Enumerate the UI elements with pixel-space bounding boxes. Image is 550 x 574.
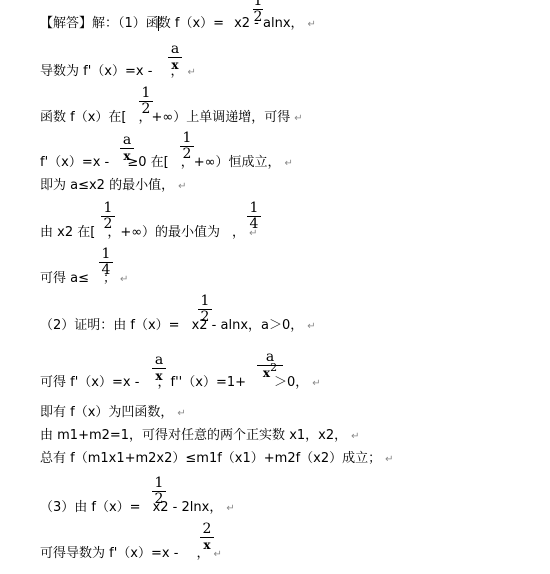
line-text: 由 x2 在[ [40, 225, 95, 240]
paragraph-mark-icon: ↵ [177, 408, 185, 419]
paragraph-mark-icon: ↵ [188, 67, 196, 78]
paragraph-mark-icon: ↵ [351, 431, 359, 442]
paragraph-mark-icon: ↵ [294, 113, 302, 124]
line-text: （2）证明：由 f（x）= [40, 318, 180, 333]
fraction-one-half: 1 2 [152, 476, 166, 507]
paragraph-mark-icon: ↵ [307, 321, 315, 332]
solution-line-12: 总有 f（m1x1+m2x2）≤m1f（x1）+m2f（x2）成立；↵ [40, 451, 394, 467]
fraction-a-over-x-squared: a x2 [257, 350, 283, 381]
line-text: ，+∞）恒成立， [181, 155, 281, 170]
line-text: 可得 f'（x）=x - [40, 375, 144, 390]
solution-line-8: （2）证明：由 f（x）=x2 - alnx，a＞0，↵ [40, 318, 316, 334]
paragraph-mark-icon: ↵ [285, 158, 293, 169]
fraction-a-over-x: a x [152, 353, 166, 384]
solution-line-6: 由 x2 在[，+∞）的最小值为，↵ [40, 225, 257, 241]
fraction-one-half: 1 2 [139, 86, 153, 117]
fraction-one-quarter: 1 4 [247, 201, 261, 232]
solution-line-11: 由 m1+m2=1，可得对任意的两个正实数 x1，x2，↵ [40, 428, 360, 444]
line-text: 函数 f（x）在[ [40, 110, 126, 125]
paragraph-mark-icon: ↵ [226, 503, 234, 514]
solution-line-13: （3）由 f（x）=x2 - 2lnx，↵ [40, 500, 235, 516]
paragraph-mark-icon: ↵ [120, 274, 128, 285]
solution-line-1: 【解答】解：（1）函数 f（x）=x2 - alnx，↵ [40, 16, 316, 32]
solution-line-3: 函数 f（x）在[，+∞）上单调递增，可得↵ [40, 110, 303, 126]
paragraph-mark-icon: ↵ [312, 378, 320, 389]
solution-line-10: 即有 f（x）为凹函数，↵ [40, 405, 186, 421]
paragraph-mark-icon: ↵ [308, 19, 316, 30]
line-text: ，+∞）的最小值为 [107, 225, 220, 240]
solution-line-7: 可得 a≤；↵ [40, 271, 128, 287]
fraction-one-half: 1 2 [253, 0, 263, 25]
paragraph-mark-icon: ↵ [385, 454, 393, 465]
fraction-one-half: 1 2 [101, 201, 115, 232]
solution-line-14: 可得导数为 f'（x）=x - ，↵ [40, 546, 222, 562]
line-text: x2 - alnx， [234, 16, 303, 31]
line-text: 数 f（x）= [158, 16, 224, 31]
line-text: f'（x）=x - [40, 155, 113, 170]
line-text: ，+∞）上单调递增，可得 [138, 110, 290, 125]
solution-line-5: 即为 a≤x2 的最小值，↵ [40, 178, 186, 194]
line-text: （3）由 f（x）= [40, 500, 141, 515]
line-text: ，f''（x）=1+ [158, 375, 246, 390]
fraction-a-over-x: a x [168, 42, 182, 73]
line-text: 即有 f（x）为凹函数， [40, 405, 173, 420]
line-text: ， [232, 225, 245, 240]
fraction-one-half: 1 2 [180, 131, 194, 162]
line-text: 可得导数为 f'（x）=x - [40, 546, 183, 561]
line-text: 总有 f（m1x1+m2x2）≤m1f（x1）+m2f（x2）成立； [40, 451, 381, 466]
paragraph-mark-icon: ↵ [178, 181, 186, 192]
line-text: 可得 a≤ [40, 271, 89, 286]
paragraph-mark-icon: ↵ [214, 549, 222, 560]
line-text: 即为 a≤x2 的最小值， [40, 178, 174, 193]
line-text: 由 m1+m2=1，可得对任意的两个正实数 x1，x2， [40, 428, 347, 443]
fraction-two-over-x: 2 x [200, 522, 214, 553]
fraction-a-over-x: a x [120, 133, 134, 164]
line-text: 导数为 f'（x）=x - [40, 64, 157, 79]
fraction-one-quarter: 1 4 [99, 247, 113, 278]
solution-line-4: f'（x）=x - ≥0 在[，+∞）恒成立，↵ [40, 155, 293, 171]
line-text: 【解答】解：（1）函 [40, 16, 159, 31]
fraction-one-half: 1 2 [198, 294, 212, 325]
